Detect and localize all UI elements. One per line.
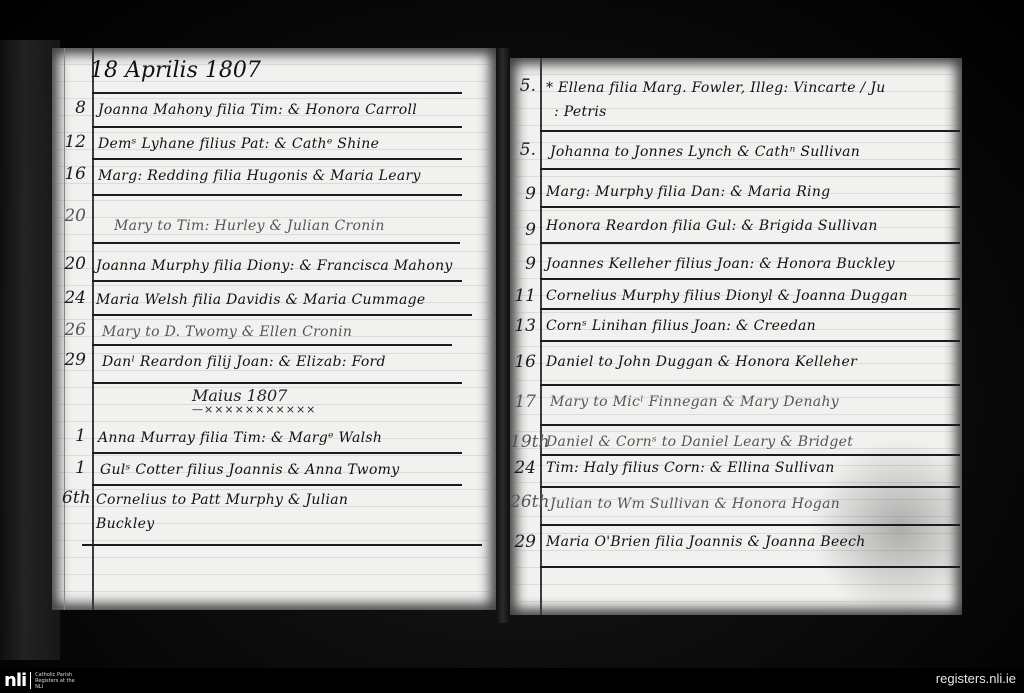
book-edge-shadow — [0, 40, 60, 660]
entry-rule — [92, 382, 462, 384]
entry-rule — [92, 158, 462, 160]
entry-rule — [540, 524, 960, 526]
entry-rule — [540, 486, 960, 488]
entry-rule — [540, 566, 960, 568]
entry-text-continued: : Petris — [554, 104, 607, 120]
entry-rule — [540, 130, 960, 132]
entry-text: Julian to Wm Sullivan & Honora Hogan — [550, 496, 840, 512]
entry-text: Gulˢ Cotter filius Joannis & Anna Twomy — [100, 462, 399, 478]
entry-rule — [540, 424, 960, 426]
month-heading-may: Maius 1807 —××××××××××× — [192, 386, 316, 416]
entry-day: 24 — [62, 288, 86, 308]
entry-text: Joannes Kelleher filius Joan: & Honora B… — [546, 256, 895, 272]
entry-rule — [92, 344, 452, 346]
entry-day: 16 — [510, 352, 536, 372]
entry-rule — [92, 194, 462, 196]
nli-logo-text: Catholic Parish Registers at the NLI — [35, 672, 81, 690]
entry-text: Cornelius Murphy filius Dionyl & Joanna … — [546, 288, 908, 304]
register-page-left: 18 Aprilis 1807 8 Joanna Mahony filia Ti… — [52, 48, 496, 610]
entry-text: Maria O'Brien filia Joannis & Joanna Bee… — [546, 534, 866, 550]
entry-rule — [540, 308, 960, 310]
entry-day: 11 — [510, 286, 536, 306]
entry-day: 12 — [62, 132, 86, 152]
entry-text: Danˡ Reardon filij Joan: & Elizab: Ford — [102, 354, 386, 370]
book-gutter — [496, 48, 510, 623]
entry-rule — [82, 544, 482, 546]
entry-day: 29 — [510, 532, 536, 552]
entry-rule — [92, 126, 462, 128]
entry-text: Daniel to John Duggan & Honora Kelleher — [546, 354, 857, 370]
viewer-footer: nli Catholic Parish Registers at the NLI… — [0, 668, 1024, 693]
register-page-right: 5. * Ellena filia Marg. Fowler, Illeg: V… — [510, 58, 962, 615]
entry-text: Johanna to Jonnes Lynch & Cathⁿ Sullivan — [550, 144, 860, 160]
heading-ornament: —××××××××××× — [192, 403, 316, 416]
entry-text: Cornˢ Linihan filius Joan: & Creedan — [546, 318, 816, 334]
entry-rule — [540, 278, 960, 280]
entry-day: 9 — [510, 220, 536, 240]
entry-rule — [540, 168, 960, 170]
entry-text: Joanna Mahony filia Tim: & Honora Carrol… — [98, 102, 417, 118]
entry-text: Honora Reardon filia Gul: & Brigida Sull… — [546, 218, 878, 234]
entry-day: 8 — [62, 98, 86, 118]
entry-rule — [92, 452, 462, 454]
entry-day: 5. — [510, 76, 536, 96]
entry-text: Joanna Murphy filia Diony: & Francisca M… — [96, 258, 453, 274]
registers-site-link[interactable]: registers.nli.ie — [936, 671, 1016, 686]
entry-text: Demˢ Lyhane filius Pat: & Cathᵉ Shine — [98, 136, 379, 152]
entry-text: Marg: Redding filia Hugonis & Maria Lear… — [98, 168, 421, 184]
entry-day: 19th — [510, 432, 536, 452]
entry-day: 20 — [62, 254, 86, 274]
entry-text-continued: Buckley — [96, 516, 154, 532]
entry-text: * Ellena filia Marg. Fowler, Illeg: Vinc… — [546, 80, 886, 96]
entry-rule — [540, 242, 960, 244]
entry-rule — [540, 340, 960, 342]
entry-text: Cornelius to Patt Murphy & Julian — [96, 492, 348, 508]
entry-day: 24 — [510, 458, 536, 478]
logo-divider — [30, 672, 31, 689]
entry-day: 17 — [510, 392, 536, 412]
entry-rule — [540, 384, 960, 386]
entry-rule — [92, 484, 462, 486]
entry-day: 16 — [62, 164, 86, 184]
entry-day: 26th — [510, 492, 536, 512]
entry-rule — [92, 280, 462, 282]
entry-day: 1 — [62, 458, 86, 478]
entry-day: 26 — [62, 320, 86, 340]
entry-text: Tim: Haly filius Corn: & Ellina Sullivan — [546, 460, 835, 476]
entry-rule — [540, 454, 960, 456]
entry-rule — [92, 242, 460, 244]
entry-day: 29 — [62, 350, 86, 370]
entry-text: Marg: Murphy filia Dan: & Maria Ring — [546, 184, 830, 200]
entry-day: 6th — [62, 488, 86, 508]
entry-day: 13 — [510, 316, 536, 336]
month-heading-april: 18 Aprilis 1807 — [90, 58, 261, 83]
entry-day: 5. — [510, 140, 536, 160]
entry-day: 1 — [62, 426, 86, 446]
entry-rule — [92, 92, 462, 94]
date-margin-line — [540, 58, 542, 615]
entry-text: Anna Murray filia Tim: & Margᵉ Walsh — [98, 430, 382, 446]
scan-background: 18 Aprilis 1807 8 Joanna Mahony filia Ti… — [0, 0, 1024, 668]
entry-rule — [540, 206, 960, 208]
entry-text: Mary to Micˡ Finnegan & Mary Denahy — [550, 394, 839, 410]
entry-rule — [92, 314, 472, 316]
entry-day: 20 — [62, 206, 86, 226]
nli-logo-mark: nli — [4, 672, 26, 690]
nli-logo[interactable]: nli Catholic Parish Registers at the NLI — [4, 671, 81, 690]
date-margin-line — [92, 48, 94, 610]
entry-text: Maria Welsh filia Davidis & Maria Cummag… — [96, 292, 426, 308]
entry-text: Daniel & Cornˢ to Daniel Leary & Bridget — [546, 434, 853, 450]
entry-day: 9 — [510, 184, 536, 204]
entry-text: Mary to D. Twomy & Ellen Cronin — [102, 324, 352, 340]
entry-text: Mary to Tim: Hurley & Julian Cronin — [114, 218, 385, 234]
entry-day: 9 — [510, 254, 536, 274]
